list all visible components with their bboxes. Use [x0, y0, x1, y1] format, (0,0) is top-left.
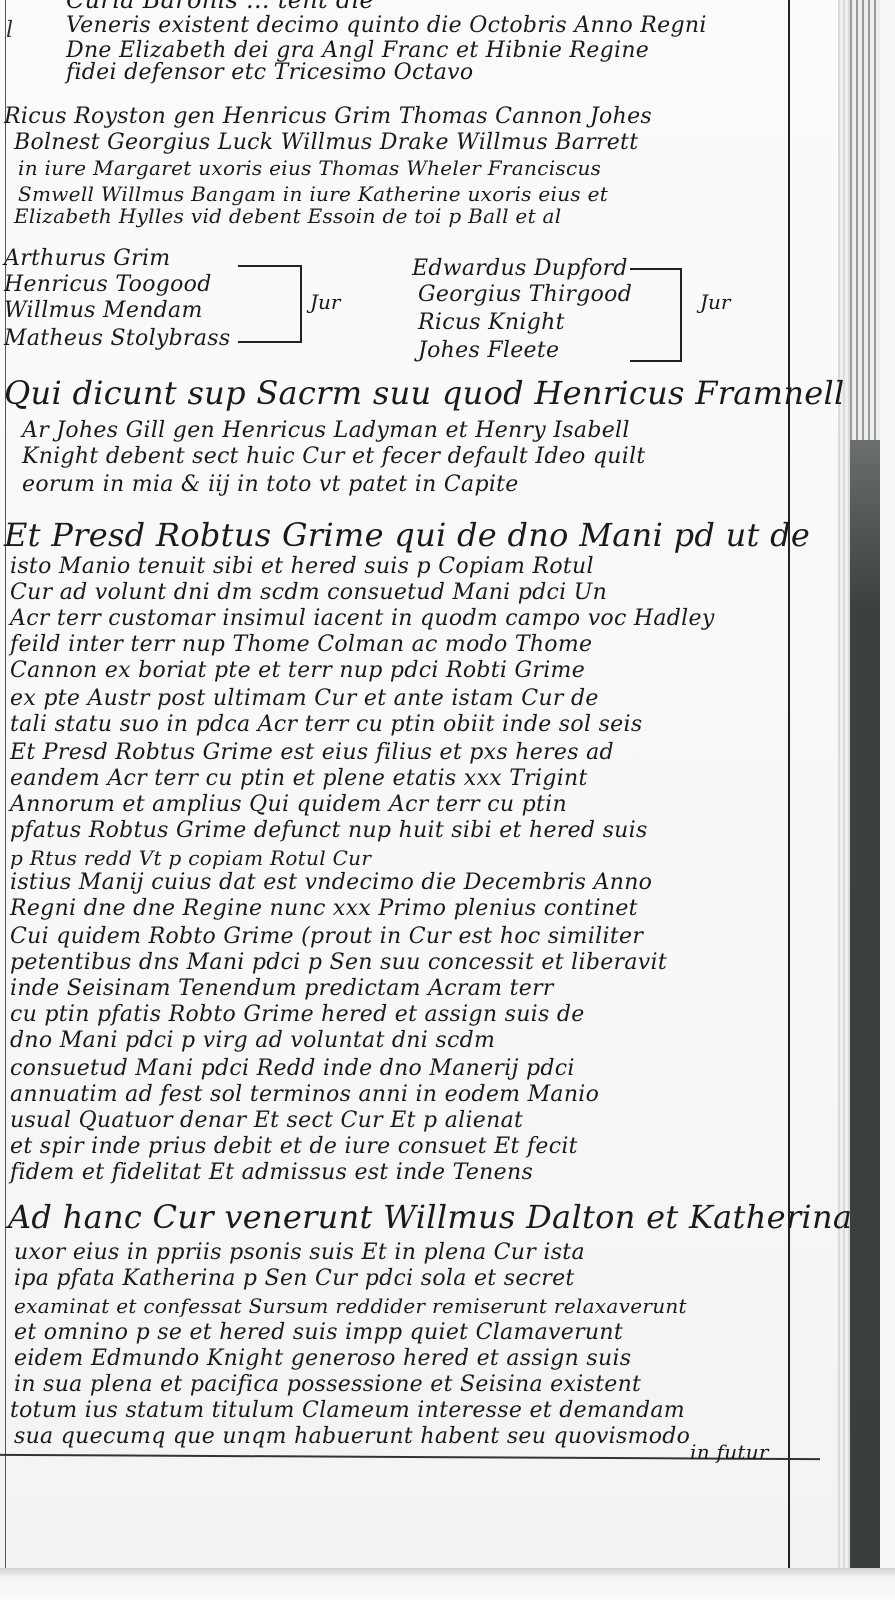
- margin-mark: l: [6, 18, 13, 43]
- presentment-line: isto Manio tenuit sibi et hered suis p C…: [10, 554, 594, 579]
- left-margin-rule: [5, 0, 6, 1568]
- presentment-line: consuetud Mani pdci Redd inde dno Maneri…: [10, 1056, 575, 1081]
- presentment-line: Cur ad volunt dni dm scdm consuetud Mani…: [10, 580, 607, 605]
- juror-name: Henricus Toogood: [4, 272, 212, 297]
- juror-name: Georgius Thirgood: [418, 282, 632, 307]
- presentment-line: Cui quidem Robto Grime (prout in Cur est…: [10, 924, 643, 949]
- presentment-line: fidem et fidelitat Et admissus est inde …: [10, 1160, 533, 1185]
- presentment-line: sua quecumq que unqm habuerunt habent se…: [14, 1424, 690, 1449]
- essoin-line: in iure Margaret uxoris eius Thomas Whel…: [18, 156, 601, 180]
- presentment-line: Et Presd Robtus Grime est eius filius et…: [10, 740, 614, 765]
- presentment-line: tali statu suo in pdca Acr terr cu ptin …: [10, 712, 642, 737]
- presentment-line: ipa pfata Katherina p Sen Cur pdci sola …: [14, 1266, 575, 1291]
- page-gutter: [838, 0, 850, 1568]
- presentment-line: Qui dicunt sup Sacrm suu quod Henricus F…: [4, 374, 845, 412]
- juror-name: Matheus Stolybrass: [4, 326, 230, 351]
- presentment-line: Annorum et amplius Qui quidem Acr terr c…: [10, 792, 567, 817]
- presentment-line: annuatim ad fest sol terminos anni in eo…: [10, 1082, 599, 1107]
- juror-name: Johes Fleete: [418, 338, 559, 363]
- presentment-line: pfatus Robtus Grime defunct nup huit sib…: [10, 818, 648, 843]
- presentment-line: Et Presd Robtus Grime qui de dno Mani pd…: [4, 516, 810, 554]
- presentment-line: et spir inde prius debit et de iure cons…: [10, 1134, 578, 1159]
- presentment-line: Knight debent sect huic Cur et fecer def…: [22, 444, 646, 469]
- presentment-line: uxor eius in ppriis psonis suis Et in pl…: [14, 1240, 585, 1265]
- presentment-line: in sua plena et pacifica possessione et …: [14, 1372, 641, 1397]
- juror-name: Arthurus Grim: [4, 246, 170, 271]
- presentment-line: eandem Acr terr cu ptin et plene etatis …: [10, 766, 588, 791]
- presentment-line: istius Manij cuius dat est vndecimo die …: [10, 870, 652, 895]
- right-margin-rule: [788, 0, 790, 1568]
- presentment-line: eorum in mia & iij in toto vt patet in C…: [22, 472, 519, 497]
- header-line: fidei defensor etc Tricesimo Octavo: [66, 60, 473, 85]
- presentment-line: totum ius statum titulum Clameum interes…: [10, 1398, 685, 1423]
- presentment-line: cu ptin pfatis Robto Grime hered et assi…: [10, 1002, 585, 1027]
- page-curl: [0, 1568, 895, 1600]
- jurors-label: Jur: [700, 290, 730, 314]
- juror-name: Ricus Knight: [418, 310, 565, 335]
- presentment-line: feild inter terr nup Thome Colman ac mod…: [10, 632, 592, 657]
- manuscript-page: l Curia Baronis ... tent die Veneris exi…: [0, 0, 850, 1568]
- presentment-line: ex pte Austr post ultimam Cur et ante is…: [10, 686, 599, 711]
- presentment-line: examinat et confessat Sursum reddider re…: [14, 1294, 687, 1318]
- essoin-line: Smwell Willmus Bangam in iure Katherine …: [18, 182, 608, 206]
- presentment-line: eidem Edmundo Knight generoso hered et a…: [14, 1346, 631, 1371]
- presentment-line: Regni dne dne Regine nunc xxx Primo plen…: [10, 896, 638, 921]
- scan-edge: [880, 0, 895, 1600]
- juror-name: Edwardus Dupford: [412, 256, 628, 281]
- presentment-line: petentibus dns Mani pdci p Sen suu conce…: [10, 950, 667, 975]
- juror-bracket-right: [630, 268, 682, 362]
- presentment-line: usual Quatuor denar Et sect Cur Et p ali…: [10, 1108, 523, 1133]
- juror-bracket-left: [238, 265, 302, 343]
- presentment-line: p Rtus redd Vt p copiam Rotul Cur: [10, 846, 371, 870]
- juror-name: Willmus Mendam: [4, 298, 203, 323]
- presentment-line: dno Mani pdci p virg ad voluntat dni scd…: [10, 1028, 495, 1053]
- essoin-line: Elizabeth Hylles vid debent Essoin de to…: [14, 204, 561, 228]
- presentment-line: Acr terr customar insimul iacent in quod…: [10, 606, 715, 631]
- essoin-line: Bolnest Georgius Luck Willmus Drake Will…: [14, 130, 638, 155]
- presentment-line: Cannon ex boriat pte et terr nup pdci Ro…: [10, 658, 585, 683]
- jurors-label: Jur: [310, 290, 340, 314]
- header-line: Veneris existent decimo quinto die Octob…: [66, 13, 707, 38]
- essoin-line: Ricus Royston gen Henricus Grim Thomas C…: [4, 104, 652, 129]
- presentment-line: in futur: [690, 1440, 769, 1464]
- presentment-line: Ad hanc Cur venerunt Willmus Dalton et K…: [8, 1198, 852, 1236]
- binding-shadow: [850, 440, 880, 1568]
- presentment-line: inde Seisinam Tenendum predictam Acram t…: [10, 976, 554, 1001]
- presentment-line: Ar Johes Gill gen Henricus Ladyman et He…: [22, 418, 630, 443]
- presentment-line: et omnino p se et hered suis impp quiet …: [14, 1320, 623, 1345]
- header-line: Curia Baronis ... tent die: [66, 0, 374, 14]
